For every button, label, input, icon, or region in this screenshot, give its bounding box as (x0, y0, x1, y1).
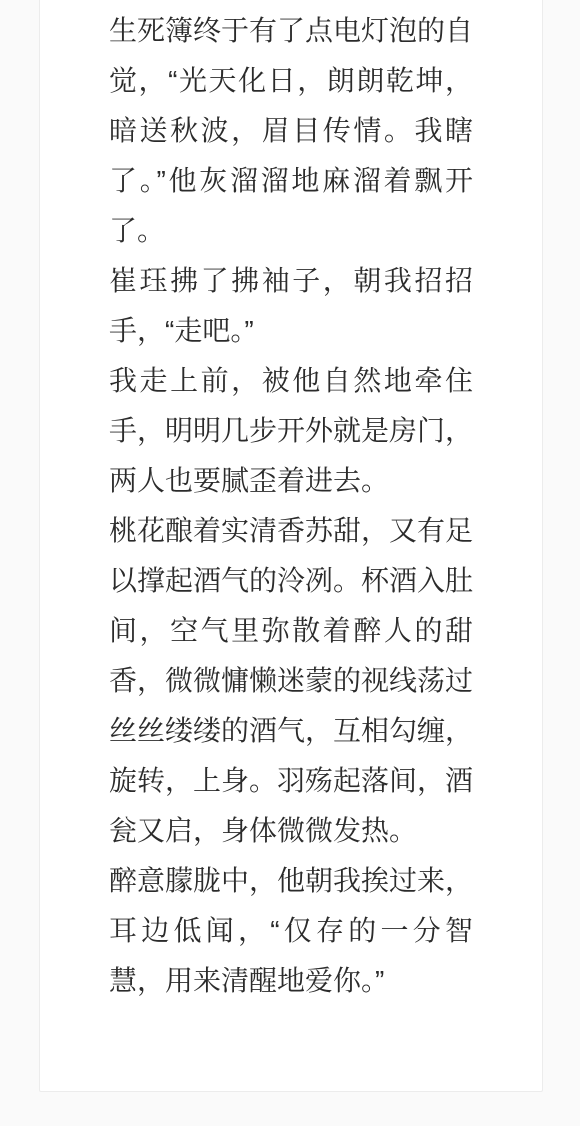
reader-viewport: 生死簿终于有了点电灯泡的自觉，“光天化日，朗朗乾坤，暗送秋波，眉目传情。我瞎了。… (0, 0, 580, 1126)
paragraph: 崔珏拂了拂袖子，朝我招招手，“走吧。” (109, 256, 473, 356)
book-page-card[interactable]: 生死簿终于有了点电灯泡的自觉，“光天化日，朗朗乾坤，暗送秋波，眉目传情。我瞎了。… (39, 0, 543, 1092)
paragraph: 生死簿终于有了点电灯泡的自觉，“光天化日，朗朗乾坤，暗送秋波，眉目传情。我瞎了。… (109, 6, 473, 256)
paragraph: 醉意朦胧中，他朝我挨过来，耳边低闻，“仅存的一分智慧，用来清醒地爱你。” (109, 856, 473, 1006)
book-text: 生死簿终于有了点电灯泡的自觉，“光天化日，朗朗乾坤，暗送秋波，眉目传情。我瞎了。… (40, 0, 542, 1006)
paragraph: 我走上前，被他自然地牵住手，明明几步开外就是房门，两人也要腻歪着进去。 (109, 356, 473, 506)
paragraph: 桃花酿着实清香苏甜，又有足以撑起酒气的泠冽。杯酒入肚间，空气里弥散着醉人的甜香，… (109, 506, 473, 856)
